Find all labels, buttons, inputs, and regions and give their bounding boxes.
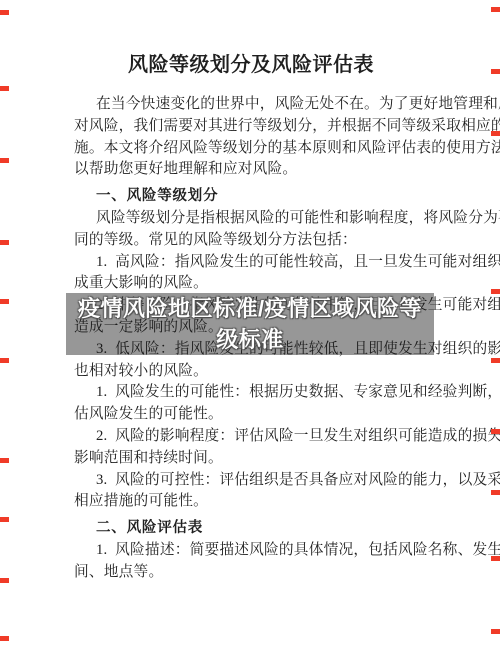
doc-line: 估风险发生的可能性。 [74, 404, 428, 426]
doc-line: 1. 风险描述：简要描述风险的具体情况，包括风险名称、发生时 [74, 540, 428, 562]
red-edge-mark [0, 10, 9, 15]
red-edge-mark [491, 69, 500, 74]
red-edge-mark [491, 358, 500, 363]
red-edge-mark [491, 556, 500, 561]
doc-line: 相应措施的可能性。 [74, 491, 428, 513]
red-edge-mark [491, 490, 500, 495]
red-edge-mark [491, 429, 500, 434]
red-edge-mark [0, 458, 9, 463]
section-heading: 二、风险评估表 [74, 518, 428, 540]
red-edge-mark [0, 517, 9, 522]
red-edge-mark [0, 240, 9, 245]
page-title: 风险等级划分及风险评估表 [74, 50, 428, 80]
document-content: 风险等级划分及风险评估表 在当今快速变化的世界中，风险无处不在。为了更好地管理和… [74, 0, 428, 584]
doc-line: 间、地点等。 [74, 562, 428, 584]
red-edge-mark [0, 578, 9, 583]
red-edge-mark [491, 629, 500, 634]
doc-line: 也相对较小的风险。 [74, 361, 428, 383]
red-edge-mark [491, 7, 500, 12]
document-page: 风险等级划分及风险评估表 在当今快速变化的世界中，风险无处不在。为了更好地管理和… [0, 0, 500, 647]
doc-line: 3. 风险的可控性：评估组织是否具备应对风险的能力，以及采取 [74, 470, 428, 492]
red-edge-mark [0, 299, 9, 304]
red-edge-mark [491, 289, 500, 294]
doc-line: 成重大影响的风险。 [74, 273, 428, 295]
doc-line: 影响范围和持续时间。 [74, 448, 428, 470]
red-edge-mark [0, 158, 9, 163]
doc-line: 对风险，我们需要对其进行等级划分，并根据不同等级采取相应的措 [74, 116, 428, 138]
doc-line: 施。本文将介绍风险等级划分的基本原则和风险评估表的使用方法， [74, 138, 428, 160]
watermark-banner: 疫情风险地区标准/疫情区域风险等 级标准 [66, 293, 434, 355]
doc-line: 同的等级。常见的风险等级划分方法包括： [74, 230, 428, 252]
watermark-text-line-1: 疫情风险地区标准/疫情区域风险等 [78, 293, 422, 324]
doc-line: 2. 风险的影响程度：评估风险一旦发生对组织可能造成的损失、 [74, 426, 428, 448]
doc-line: 1. 风险发生的可能性：根据历史数据、专家意见和经验判断，评 [74, 382, 428, 404]
red-edge-mark [0, 636, 9, 641]
doc-line: 风险等级划分是指根据风险的可能性和影响程度，将风险分为不 [74, 208, 428, 230]
doc-line: 在当今快速变化的世界中，风险无处不在。为了更好地管理和应 [74, 94, 428, 116]
red-edge-mark [491, 131, 500, 136]
doc-line: 1. 高风险：指风险发生的可能性较高，且一旦发生可能对组织造 [74, 252, 428, 274]
section-heading: 一、风险等级划分 [74, 186, 428, 208]
doc-line: 以帮助您更好地理解和应对风险。 [74, 159, 428, 181]
watermark-text-line-2: 级标准 [216, 324, 284, 355]
red-edge-mark [0, 86, 9, 91]
red-edge-mark [0, 358, 9, 363]
